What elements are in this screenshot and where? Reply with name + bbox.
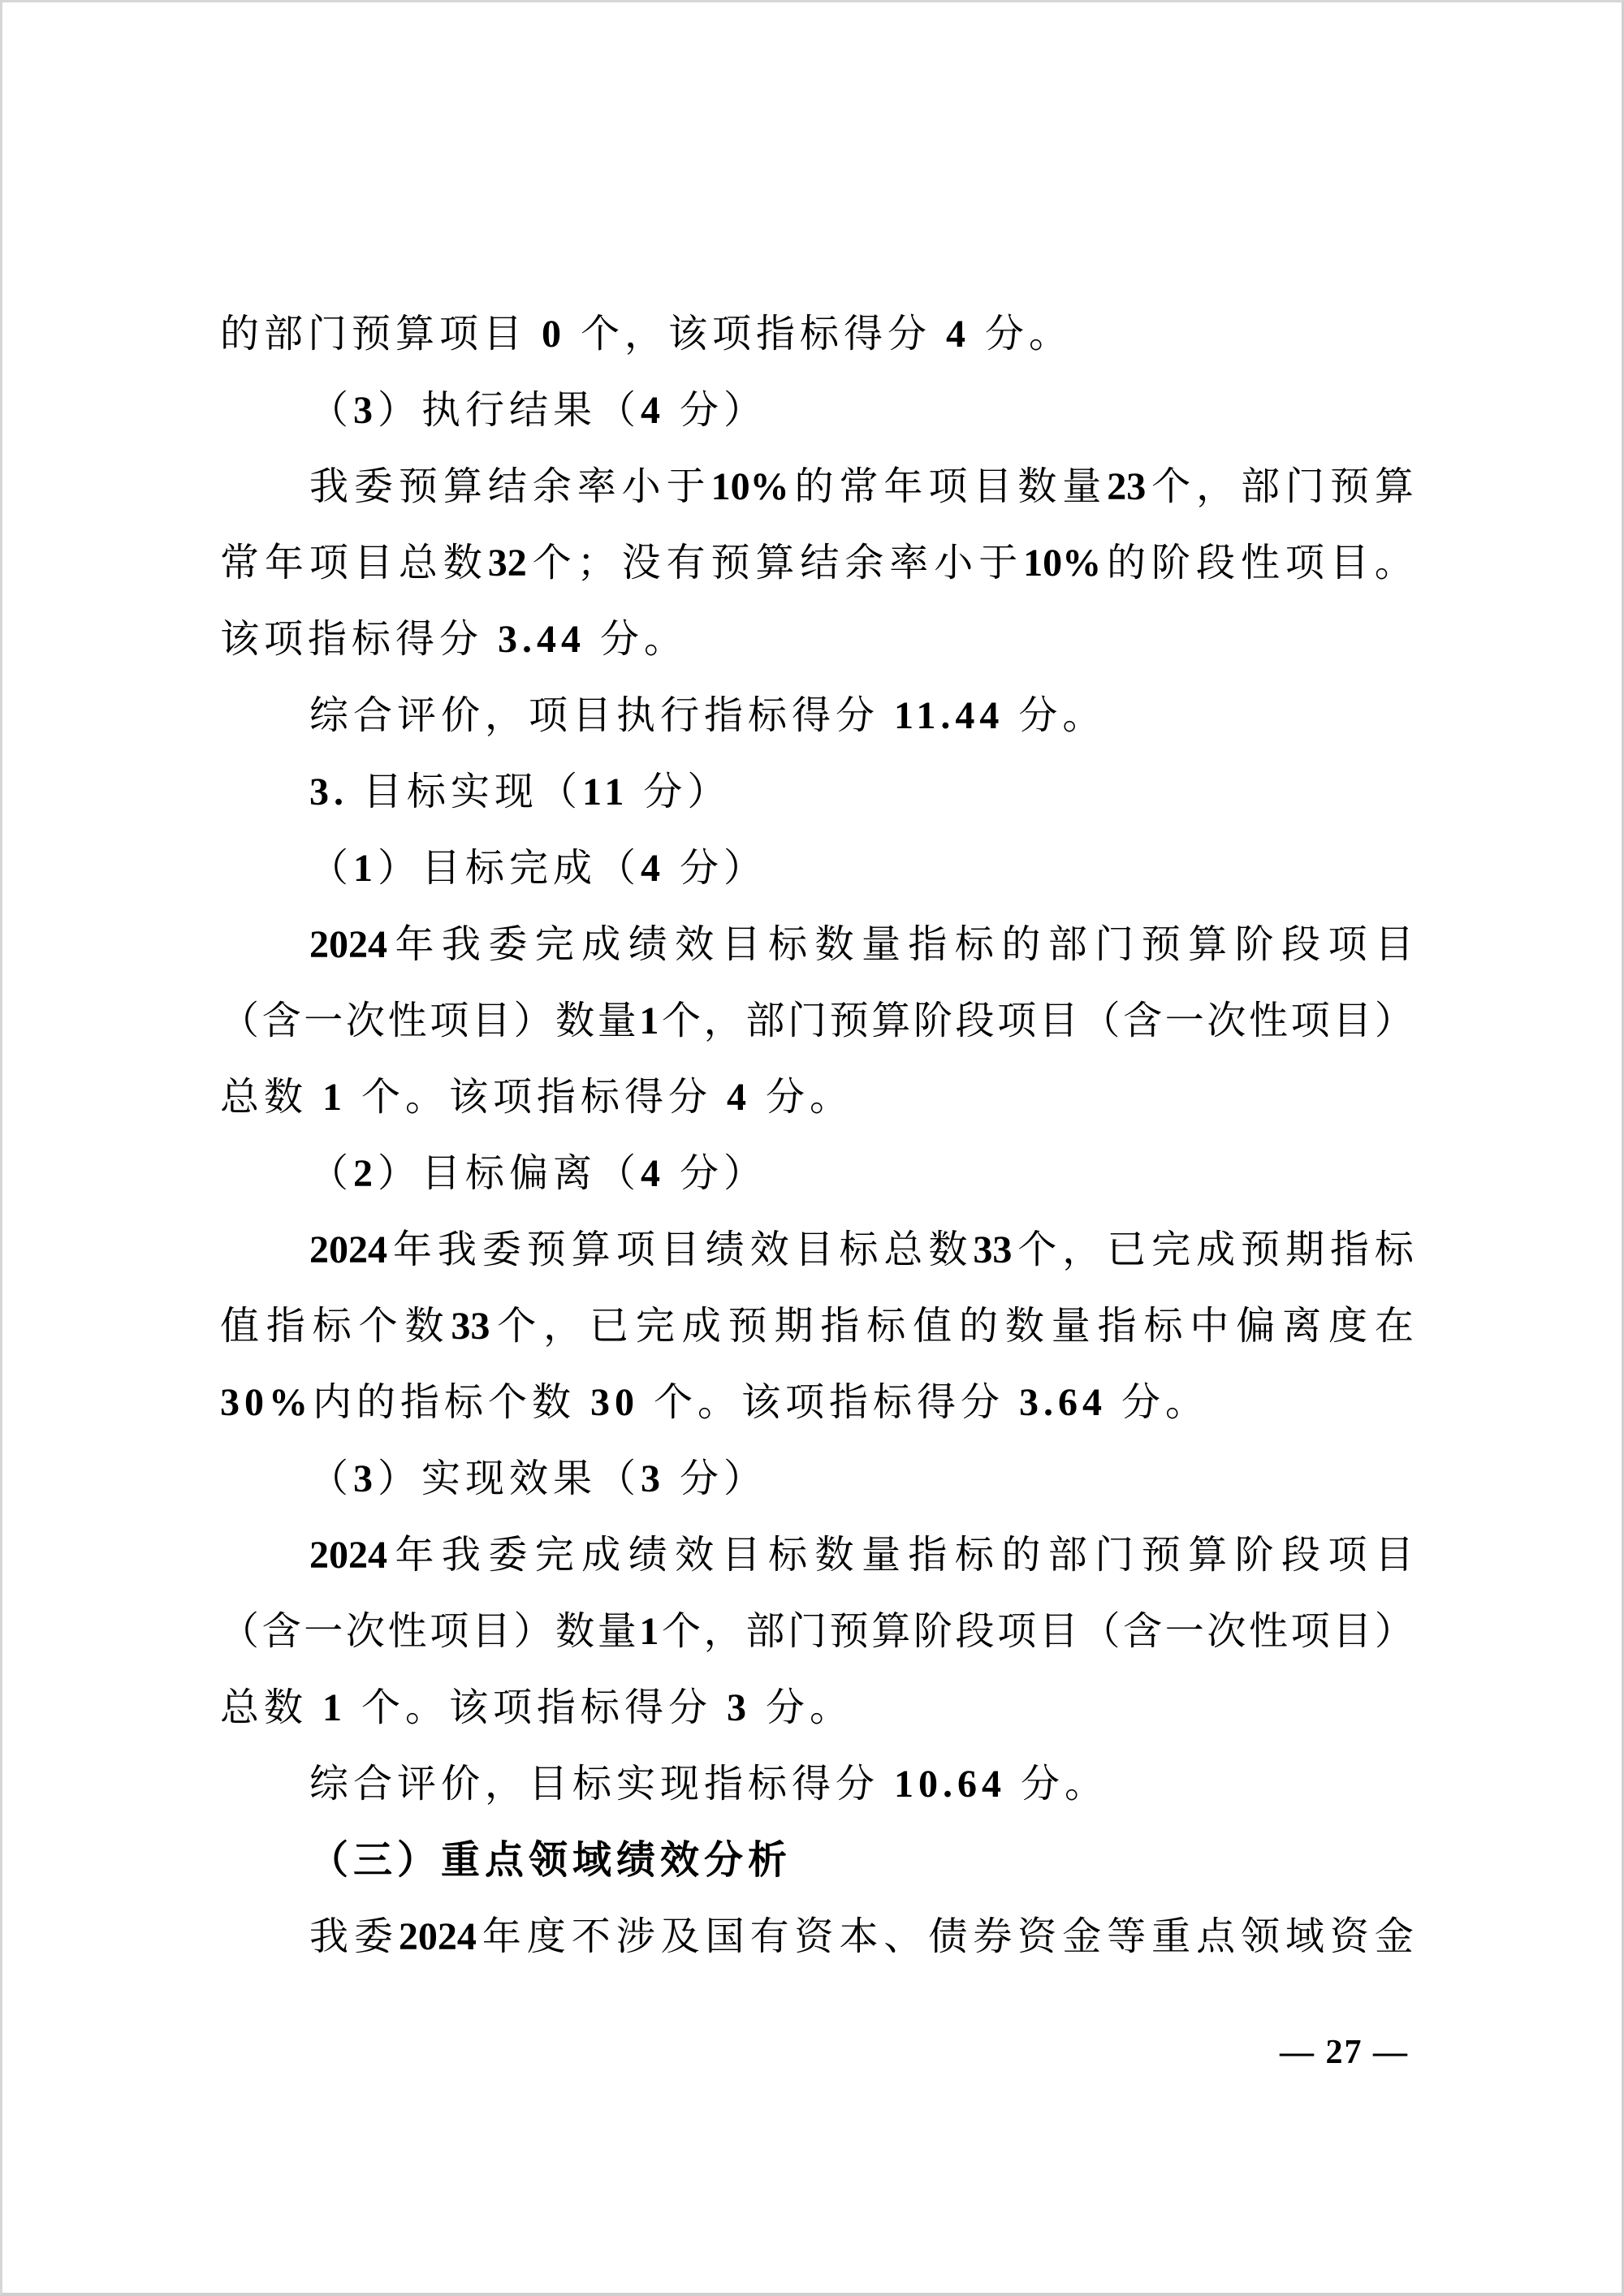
cjk-char: 次 [346,983,385,1060]
cjk-char: 部 [745,1594,784,1670]
cjk-char: 段 [1196,525,1235,602]
text-line: 我委预算结余率小于10%的常年项目数量23个，部门预算 [220,449,1414,525]
cjk-char: 目 [1332,1594,1371,1670]
cjk-char: 效 [675,907,714,983]
number-text: 3.44 [498,618,585,661]
cjk-char: 完 [535,907,574,983]
number-text: 4 [641,389,665,432]
number-text: 3. [309,770,348,814]
cjk-char: 次 [1207,1594,1246,1670]
cjk-char: 阶 [1151,525,1190,602]
cjk-char: 值 [913,1288,952,1365]
text-line: 总数 1 个。该项指标得分 4 分。 [220,1060,1414,1136]
cjk-char: 我 [442,907,481,983]
document-page: 的部门预算项目 0 个，该项指标得分 4 分。（3）执行结果（4 分）我委预算结… [0,0,1624,2296]
cjk-char: 项 [997,983,1036,1060]
body-text: 分） [665,389,767,432]
cjk-char: 段 [1281,1517,1320,1594]
cjk-char: 完 [535,1517,574,1594]
body-text: 分） [628,770,731,814]
cjk-char: 成 [1196,1212,1235,1288]
cjk-char: 门 [788,983,827,1060]
cjk-char: 余 [533,449,572,525]
number-text: 1 [639,983,659,1060]
number-text: 2024 [309,907,387,983]
body-text: （ [309,1457,353,1500]
cjk-char: 项 [616,1212,655,1288]
body-text: 个。该项指标得分 [347,1076,727,1119]
cjk-char: 已 [590,1288,628,1365]
cjk-char: 中 [1190,1288,1229,1365]
number-text: 0 [542,313,566,356]
cjk-char: ） [1375,1594,1414,1670]
number-text: 1 [353,847,378,890]
cjk-char: 标 [955,907,994,983]
number-text: 10% [711,449,789,525]
cjk-char: 门 [1285,449,1324,525]
cjk-char: 目 [1375,1517,1414,1594]
cjk-char: 预 [527,1212,566,1288]
cjk-char: 已 [1107,1212,1146,1288]
cjk-char: 本 [839,1899,878,1975]
cjk-char: 量 [1062,449,1101,525]
text-line: 值指标个数33个，已完成预期指标值的数量指标中偏离度在 [220,1288,1414,1365]
number-text: 1 [639,1594,659,1670]
cjk-char: 小 [934,525,973,602]
cjk-char: 次 [1207,983,1246,1060]
cjk-char: ， [704,983,743,1060]
cjk-char: 个 [1151,449,1190,525]
cjk-char: 效 [750,1212,789,1288]
cjk-char: 效 [675,1517,714,1594]
body-text: 总数 [220,1076,322,1119]
cjk-char: 数 [928,1212,967,1288]
number-text: 2 [353,1152,378,1195]
cjk-char: 标 [839,1212,878,1288]
cjk-char: 点 [1196,1899,1235,1975]
cjk-char: 。 [1375,525,1414,602]
cjk-char: 领 [1241,1899,1280,1975]
cjk-char: ， [1062,1212,1101,1288]
cjk-char: 总 [399,525,438,602]
cjk-char: ， [1196,449,1235,525]
cjk-char: 一 [1165,983,1204,1060]
cjk-char: 部 [745,983,784,1060]
cjk-char: 算 [572,1212,611,1288]
body-text: 综合评价，目标实现指标得分 [309,1763,894,1806]
cjk-char: 标 [768,907,807,983]
text-line: （3）执行结果（4 分） [220,373,1414,449]
body-text: 分。 [1006,1763,1108,1806]
cjk-char: 次 [346,1594,385,1670]
cjk-char: 等 [1107,1899,1146,1975]
body-text: （三）重点领域绩效分析 [309,1839,792,1882]
cjk-char: 数 [555,983,594,1060]
cjk-char: 总 [883,1212,922,1288]
cjk-char: 及 [661,1899,700,1975]
cjk-char: 项 [309,525,348,602]
cjk-char: 年 [393,1212,432,1288]
cjk-char: 部 [1048,907,1087,983]
cjk-char: 目 [1039,983,1078,1060]
text-line: （2）目标偏离（4 分） [220,1136,1414,1212]
cjk-char: 阶 [914,983,952,1060]
cjk-char: 委 [482,1212,521,1288]
text-line: 常年项目总数32个；没有预算结余率小于10%的阶段性项目。 [220,525,1414,602]
number-text: 4 [641,1152,665,1195]
text-line: 3. 目标实现（11 分） [220,754,1414,831]
cjk-char: （ [220,1594,259,1670]
cjk-char: 期 [1285,1212,1324,1288]
text-line: 我委2024年度不涉及国有资本、债券资金等重点领域资金 [220,1899,1414,1975]
cjk-char: 标 [313,1288,352,1365]
text-line: （3）实现效果（3 分） [220,1441,1414,1517]
cjk-char: 资 [1017,1899,1056,1975]
body-text: 分。 [751,1686,853,1729]
cjk-char: 在 [1375,1288,1414,1365]
cjk-char: 年 [265,525,304,602]
cjk-char: 门 [1095,1517,1134,1594]
number-text: 30% [220,1381,313,1424]
cjk-char: 国 [706,1899,745,1975]
cjk-char: 预 [1142,907,1181,983]
page-number: — 27 — [1280,2026,1409,2079]
cjk-char: 率 [889,525,928,602]
cjk-char: 数 [1005,1288,1044,1365]
number-text: 1 [322,1686,347,1729]
number-text: 30 [590,1381,639,1424]
cjk-char: 金 [1375,1899,1414,1975]
cjk-char: （ [1081,1594,1120,1670]
cjk-char: 结 [488,449,527,525]
cjk-char: 项 [1291,983,1330,1060]
body-text: 分） [665,1152,767,1195]
body-text: ）实现效果（ [378,1457,641,1500]
cjk-char: 目 [722,907,761,983]
cjk-char: 预 [710,525,749,602]
cjk-char: 期 [774,1288,813,1365]
cjk-char: 偏 [1236,1288,1275,1365]
cjk-char: 于 [978,525,1017,602]
cjk-char: 绩 [706,1212,745,1288]
cjk-char: 涉 [616,1899,655,1975]
cjk-char: 目 [722,1517,761,1594]
number-text: 4 [727,1076,751,1119]
cjk-char: 预 [830,1594,869,1670]
cjk-char: 一 [304,983,343,1060]
number-text: 10% [1023,525,1101,602]
cjk-char: 标 [955,1517,994,1594]
cjk-char: 段 [956,1594,995,1670]
cjk-char: 个 [359,1288,398,1365]
body-text: 分。 [1004,694,1106,737]
cjk-char: 数 [815,907,854,983]
cjk-char: 含 [262,983,301,1060]
cjk-char: 域 [1285,1899,1324,1975]
cjk-char: 常 [839,449,878,525]
cjk-char: 有 [667,525,706,602]
cjk-char: 年 [883,449,922,525]
body-text: ）目标完成（ [378,847,641,890]
cjk-char: 我 [442,1517,481,1594]
cjk-char: 目 [661,1212,700,1288]
text-line: 综合评价，项目执行指标得分 11.44 分。 [220,678,1414,754]
cjk-char: 指 [1098,1288,1137,1365]
cjk-char: 完 [1151,1212,1190,1288]
cjk-char: 数 [1017,449,1056,525]
cjk-char: 数 [443,525,482,602]
text-line: 总数 1 个。该项指标得分 3 分。 [220,1670,1414,1746]
heading-line: （三）重点领域绩效分析 [220,1823,1414,1899]
body-text: 分。 [751,1076,853,1119]
cjk-char: 项 [928,449,967,525]
cjk-char: 个 [497,1288,536,1365]
body-text: 个。该项指标得分 [347,1686,727,1729]
cjk-char: 预 [830,983,869,1060]
cjk-char: 算 [871,983,910,1060]
cjk-char: 性 [1249,1594,1288,1670]
cjk-char: 我 [309,1899,348,1975]
cjk-char: 算 [1188,907,1227,983]
body-text: ）执行结果（ [378,389,641,432]
text-line: 2024年我委完成绩效目标数量指标的部门预算阶段项目 [220,1517,1414,1594]
body-text: 的部门预算项目 [220,313,542,356]
cjk-char: ） [513,983,552,1060]
cjk-char: 个 [662,983,701,1060]
number-text: 11 [582,770,628,814]
cjk-char: 数 [405,1288,444,1365]
cjk-char: 量 [598,983,637,1060]
cjk-char: 门 [1095,907,1134,983]
number-text: 2024 [309,1517,387,1594]
cjk-char: 指 [908,1517,947,1594]
cjk-char: 绩 [628,1517,667,1594]
cjk-char: 率 [577,449,616,525]
number-text: 3 [727,1686,751,1729]
body-text: 个。该项指标得分 [639,1381,1019,1424]
cjk-char: 部 [1048,1517,1087,1594]
cjk-char: 项 [1328,907,1367,983]
cjk-char: 目 [795,1212,834,1288]
cjk-char: 值 [220,1288,259,1365]
cjk-char: 预 [728,1288,767,1365]
cjk-char: 目 [1039,1594,1078,1670]
cjk-char: （ [1081,983,1120,1060]
cjk-char: 含 [262,1594,301,1670]
text-line: 综合评价，目标实现指标得分 10.64 分。 [220,1746,1414,1823]
cjk-char: 券 [973,1899,1012,1975]
cjk-char: 余 [844,525,883,602]
cjk-char: 预 [1142,1517,1181,1594]
cjk-char: 度 [1328,1288,1367,1365]
cjk-char: 项 [430,1594,469,1670]
cjk-char: 量 [862,1517,901,1594]
cjk-char: 指 [820,1288,859,1365]
cjk-char: 预 [1330,449,1369,525]
body-text: 分） [665,1457,767,1500]
cjk-char: 预 [1241,1212,1280,1288]
number-text: 4 [641,847,665,890]
cjk-char: 阶 [1235,1517,1274,1594]
cjk-char: 阶 [914,1594,952,1670]
cjk-char: （ [220,983,259,1060]
text-line: 的部门预算项目 0 个，该项指标得分 4 分。 [220,296,1414,373]
cjk-char: 阶 [1235,907,1274,983]
cjk-char: 目 [1375,907,1414,983]
cjk-char: 项 [430,983,469,1060]
number-text: 3.64 [1019,1381,1107,1424]
cjk-char: 委 [354,1899,393,1975]
cjk-char: 的 [795,449,834,525]
text-line: 2024年我委完成绩效目标数量指标的部门预算阶段项目 [220,907,1414,983]
cjk-char: 度 [527,1899,566,1975]
text-line: （含一次性项目）数量1个，部门预算阶段项目（含一次性项目） [220,983,1414,1060]
cjk-char: 部 [1241,449,1280,525]
body-text: 目标实现（ [348,770,582,814]
cjk-char: 项 [1285,525,1324,602]
cjk-char: 年 [395,907,434,983]
cjk-char: 的 [1001,907,1040,983]
cjk-char: 标 [1143,1288,1182,1365]
cjk-char: 目 [354,525,393,602]
cjk-char: 指 [1330,1212,1369,1288]
cjk-char: 算 [443,449,482,525]
cjk-char: 年 [395,1517,434,1594]
number-text: 3 [353,389,378,432]
cjk-char: 没 [622,525,661,602]
cjk-char: ； [577,525,616,602]
cjk-char: 目 [1332,983,1371,1060]
body-text: 分。 [970,313,1073,356]
body-text: 总数 [220,1686,322,1729]
cjk-char: 项 [997,1594,1036,1670]
cjk-char: 目 [472,983,511,1060]
cjk-char: 性 [1249,983,1288,1060]
cjk-char: 金 [1062,1899,1101,1975]
cjk-char: 债 [928,1899,967,1975]
page-number-text: — 27 — [1280,2034,1409,2071]
cjk-char: 项 [1291,1594,1330,1670]
cjk-char: 我 [438,1212,477,1288]
cjk-char: 资 [795,1899,834,1975]
number-text: 33 [451,1288,490,1365]
cjk-char: 性 [388,983,427,1060]
cjk-char: 标 [768,1517,807,1594]
cjk-char: 算 [1188,1517,1227,1594]
cjk-char: 于 [667,449,706,525]
text-line: 30%内的指标个数 30 个。该项指标得分 3.64 分。 [220,1365,1414,1441]
cjk-char: 个 [533,525,572,602]
cjk-char: 段 [1281,907,1320,983]
cjk-char: 年 [482,1899,521,1975]
cjk-char: 委 [488,907,527,983]
cjk-char: 含 [1123,983,1162,1060]
cjk-char: 段 [956,983,995,1060]
cjk-char: 、 [883,1899,922,1975]
cjk-char: 量 [862,907,901,983]
cjk-char: 门 [788,1594,827,1670]
number-text: 10.64 [894,1763,1006,1806]
body-text: （ [309,847,353,890]
cjk-char: 含 [1123,1594,1162,1670]
cjk-char: ， [704,1594,743,1670]
number-text: 3 [353,1457,378,1500]
number-text: 11.44 [894,694,1004,737]
body-text: ）目标偏离（ [378,1152,641,1195]
cjk-char: 我 [309,449,348,525]
body-text: 分。 [585,618,688,661]
cjk-char: 指 [908,907,947,983]
cjk-char: 目 [472,1594,511,1670]
number-text: 32 [488,525,527,602]
body-text: （ [309,389,353,432]
cjk-char: 的 [1001,1517,1040,1594]
text-line: （1）目标完成（4 分） [220,831,1414,907]
cjk-char: ） [1375,983,1414,1060]
document-body: 的部门预算项目 0 个，该项指标得分 4 分。（3）执行结果（4 分）我委预算结… [220,296,1414,1975]
body-text: 内的指标个数 [313,1381,590,1424]
cjk-char: 委 [488,1517,527,1594]
body-text: 综合评价，项目执行指标得分 [309,694,894,737]
cjk-char: 常 [220,525,259,602]
cjk-char: 预 [399,449,438,525]
cjk-char: 成 [581,907,620,983]
number-text: 2024 [309,1212,387,1288]
cjk-char: 数 [815,1517,854,1594]
body-text: 该项指标得分 [220,618,498,661]
cjk-char: 成 [581,1517,620,1594]
cjk-char: 重 [1151,1899,1190,1975]
cjk-char: 标 [866,1288,905,1365]
cjk-char: 的 [1107,525,1146,602]
body-text: 分。 [1107,1381,1209,1424]
cjk-char: 量 [598,1594,637,1670]
cjk-char: 算 [755,525,794,602]
cjk-char: 小 [622,449,661,525]
cjk-char: 目 [1330,525,1369,602]
cjk-char: 算 [871,1594,910,1670]
cjk-char: ） [513,1594,552,1670]
text-line: 该项指标得分 3.44 分。 [220,602,1414,678]
cjk-char: 标 [1375,1212,1414,1288]
cjk-char: 量 [1052,1288,1091,1365]
cjk-char: 个 [662,1594,701,1670]
cjk-char: 有 [750,1899,789,1975]
cjk-char: 个 [1017,1212,1056,1288]
cjk-char: 指 [266,1288,305,1365]
text-line: （含一次性项目）数量1个，部门预算阶段项目（含一次性项目） [220,1594,1414,1670]
cjk-char: 资 [1330,1899,1369,1975]
number-text: 33 [973,1212,1012,1288]
number-text: 3 [641,1457,665,1500]
number-text: 2024 [399,1899,477,1975]
cjk-char: ， [543,1288,582,1365]
cjk-char: 项 [1328,1517,1367,1594]
cjk-char: 成 [682,1288,721,1365]
cjk-char: 结 [800,525,839,602]
body-text: 个，该项指标得分 [566,313,946,356]
text-line: 2024年我委预算项目绩效目标总数33个，已完成预期指标 [220,1212,1414,1288]
body-text: （ [309,1152,353,1195]
cjk-char: 算 [1375,449,1414,525]
cjk-char: 的 [959,1288,998,1365]
cjk-char: 绩 [628,907,667,983]
cjk-char: 目 [973,449,1012,525]
number-text: 1 [322,1076,347,1119]
cjk-char: 一 [1165,1594,1204,1670]
cjk-char: 完 [636,1288,675,1365]
cjk-char: 不 [572,1899,611,1975]
